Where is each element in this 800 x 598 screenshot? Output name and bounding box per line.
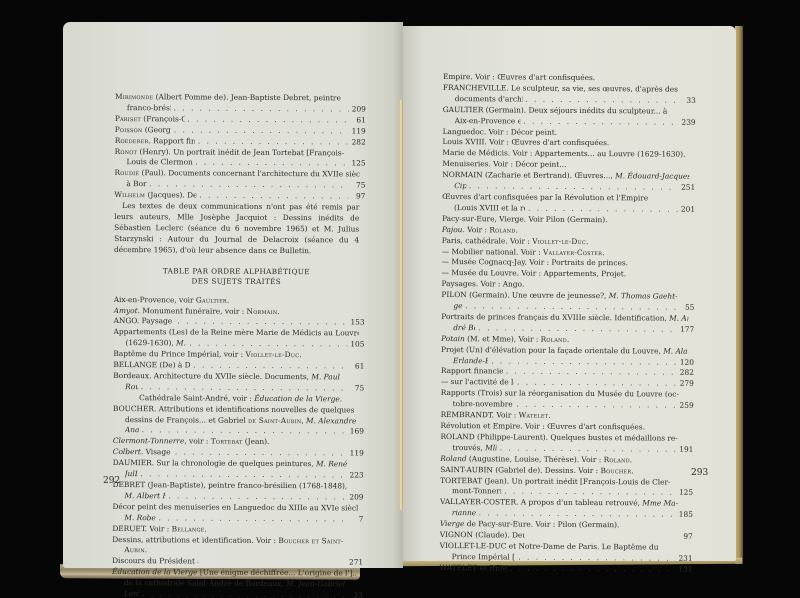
index-entry: ROLAND (Philippe-Laurent). Quelques bust…	[440, 432, 687, 456]
entry-body: franco-brésilien (1768-1848)	[127, 103, 171, 113]
entry-text: Ciprut	[454, 181, 466, 192]
entry-body: Languedoc. Voir : Décor peint.	[443, 127, 558, 137]
entry-body: (Augustine, Louise, Thérèse). Voir :	[467, 454, 604, 464]
entry-text: franco-brésilien (1768-1848)	[127, 103, 171, 114]
entry-tail: .	[548, 411, 550, 420]
entry-body: Louis de Clermont-Tonnerre, évêque de La…	[127, 158, 193, 168]
entry-text: Aix-en-Provence en 1599 et 1600, M. Jean…	[455, 116, 521, 127]
entry-body: Décor peint des menuiseries en Languedoc…	[112, 502, 357, 513]
page-reference: 61	[350, 361, 364, 372]
entry-text: dré Boutemy	[453, 323, 475, 334]
entry-text: Poisson (Georges). Visage de Colbert	[115, 125, 171, 136]
page-reference: 251	[681, 183, 695, 194]
entry-author: M. An-	[669, 314, 688, 323]
page-reference: 33	[682, 95, 696, 106]
entry-body: TORTEBAT (Jean). Un portrait inédit [Fra…	[440, 476, 670, 487]
entry-text: Aix-en-Provence, voir Gaultier.	[114, 295, 230, 307]
index-entry: VALLAYER-COSTER. A propos d'un tableau r…	[440, 497, 687, 521]
entry-body: Rapports (Trois) sur la réorganisation d…	[441, 388, 679, 399]
entry-heading: Roudié	[114, 168, 139, 177]
entry-body: — Musée du Louvre. Voir : Appartements, …	[442, 268, 627, 278]
page-reference: 97	[351, 192, 365, 203]
entry-text: Lemoine	[124, 589, 139, 598]
entry-body: — sur l'activité de la Société, Mlle	[441, 377, 514, 387]
page-reference: 239	[682, 117, 696, 128]
index-entry: Mirimonde (Albert Pomme de). Jean-Baptis…	[115, 92, 360, 115]
entry-author: M. Thomas Gaeht-	[609, 291, 678, 300]
entry-tail: (Jean).	[242, 437, 269, 446]
page-reference: 131	[678, 564, 692, 575]
page-reference: 75	[351, 181, 365, 192]
entry-tail: .	[227, 295, 229, 304]
entry-text: Discours du Président à l'Assemblée géné…	[112, 556, 198, 567]
entry-cross-ref: Viollet-le-Duc	[532, 236, 586, 245]
entry-italic: M. Albert P. de Mirimonde	[125, 491, 166, 501]
entry-italic: rianne Michel	[452, 508, 476, 517]
open-book: Mirimonde (Albert Pomme de). Jean-Baptis…	[0, 0, 800, 598]
index-entry: DAUMIER. Sur la chronologie de quelques …	[113, 458, 358, 481]
index-line: Lemoine23	[112, 589, 357, 598]
entry-text: Potain (M. et Mme), Voir : Roland.	[441, 334, 569, 346]
entry-italic: Lemoine	[124, 589, 139, 598]
entry-text: Paysages. Voir : Ango.	[441, 279, 524, 290]
entry-body: Portraits de princes français du XVIIIe …	[441, 312, 669, 323]
entry-body: BOUCHER. Attributions et identifications…	[113, 404, 354, 414]
entry-body: Baptême du Prince Impérial, voir :	[113, 349, 245, 359]
entry-body: DERUET. Voir :	[112, 524, 171, 533]
entry-body: DAUMIER. Sur la chronologie de quelques …	[113, 458, 316, 468]
entry-body: à Bordeaux	[126, 179, 146, 188]
index-entry: Appartements (Les) de la Reine mère Mari…	[113, 327, 358, 350]
entry-tail: .	[299, 350, 301, 359]
entry-tail: .	[205, 524, 207, 533]
entry-body: .	[145, 546, 147, 555]
entry-body: BELLANGE (De) à DERUET,	[113, 360, 190, 370]
entry-author: Mme Ma-	[642, 499, 678, 508]
entry-text: mont-Tonnerre], M. Henry Ronot	[452, 487, 501, 498]
entry-cross-ref: Tortebat	[211, 437, 243, 446]
author-index-continued: Mirimonde (Albert Pomme de). Jean-Baptis…	[114, 92, 360, 203]
entry-text: Aubin.	[124, 546, 147, 557]
entry-body: . Visage de,	[141, 447, 172, 456]
entry-body: Marie de Médicis. Voir : Appartements...…	[442, 148, 685, 159]
binding-thread	[399, 100, 403, 510]
page-reference: 279	[680, 379, 694, 390]
index-entry: Éducation de la Vierge [Une énigme déchi…	[112, 567, 357, 598]
entry-cross-ref: Roland	[541, 334, 567, 343]
subject-index-left: Aix-en-Provence, voir Gaultier.Amyot. Mo…	[112, 295, 359, 598]
entry-body: Rapport financier...,	[441, 366, 503, 376]
entry-body: VIGNON (Claude). Deux nouvelles peinture…	[440, 530, 525, 540]
entry-body: de la cathédrale Saint-André de Bordeaux…	[124, 578, 286, 588]
index-entry: Décor peint des menuiseries en Languedoc…	[112, 502, 357, 525]
page-reference: 120	[680, 357, 694, 368]
page-reference: 97	[679, 532, 693, 543]
entry-italic: Roudié	[125, 382, 138, 391]
page-reference: 231	[678, 554, 692, 565]
entry-body: Menuiseries. Voir : Décor peint...	[442, 159, 566, 169]
entry-tail: .	[567, 335, 569, 344]
entry-body: Louis XVIII. Voir : Œuvres d'art confisq…	[442, 137, 609, 147]
page-edge-right	[735, 26, 743, 564]
entry-text: Languedoc. Voir : Décor peint.	[443, 127, 558, 139]
index-entry: GAULTIER (Germain). Deux séjours inédits…	[443, 105, 690, 129]
entry-text: REMBRANDT. Voir : Watelet.	[441, 410, 551, 422]
page-reference: 153	[350, 318, 364, 329]
entry-text: trouvés, Mlle Denise Genoux	[452, 443, 496, 454]
entry-tail: .	[586, 237, 588, 246]
entry-heading: Aubin	[124, 546, 145, 555]
entry-text: rianne Michel	[452, 508, 476, 519]
entry-body: SAINT-AUBIN (Gabriel de). Dessins. Voir …	[440, 465, 600, 475]
entry-text: M. Robert Mesuret	[124, 513, 155, 524]
entry-cross-ref: Vallayer-Coster	[543, 247, 602, 256]
entry-tail: .	[277, 306, 279, 315]
entry-author: M. René	[316, 459, 347, 468]
page-reference: 125	[351, 159, 365, 170]
page-reference: 185	[679, 510, 693, 521]
page-reference: 169	[350, 427, 364, 438]
entry-cross-ref: Roland	[489, 225, 515, 234]
entry-body: VIOLLET-LE-DUC et Notre-Dame de Paris. L…	[440, 541, 659, 552]
page-reference: 201	[681, 205, 695, 216]
entry-italic: Pajou	[442, 225, 463, 234]
entry-body: . Voir :	[462, 225, 489, 234]
entry-author: M. Alain	[663, 346, 688, 355]
entry-body: [Une énigme déchiffrée... L'origine de l…	[198, 568, 358, 578]
entry-text: Roederer. Rapport financier sur les résu…	[115, 136, 195, 147]
entry-italic: dré Boutemy	[453, 323, 475, 332]
entry-italic: Clermont-Tonnerre	[113, 436, 185, 445]
entry-text: WATELET et REMBRANDT, M. Jean de Cayeux	[439, 563, 507, 574]
entry-italic: Erlande-Brandenburg	[453, 356, 488, 366]
entry-author: M. Jean-Gabriel	[286, 579, 345, 588]
entry-text: Pajou. Voir : Roland.	[442, 225, 518, 236]
page-reference: 209	[349, 492, 363, 503]
entry-text: ANGO. Paysage d', M. Alexandre Ananoff	[114, 316, 175, 327]
index-entry: BOUCHER. Attributions et identifications…	[113, 404, 358, 438]
index-entry: DEBRET (Jean-Baptiste), peintre franco-b…	[112, 480, 357, 503]
entry-italic: JulLian	[125, 469, 138, 478]
index-entry: Ronot (Henry). Un portrait inédit de Jea…	[115, 147, 360, 170]
note-paragraph: Les textes de deux communications n'ont …	[114, 201, 359, 257]
right-page-text: Empire. Voir : Œuvres d'art confisquées.…	[439, 72, 689, 575]
page-reference: 119	[350, 449, 364, 460]
index-entry: TORTEBAT (Jean). Un portrait inédit [Fra…	[440, 476, 687, 500]
entry-body: Empire. Voir : Œuvres d'art confisquées.	[443, 72, 595, 82]
entry-cross-ref: Bellange	[172, 524, 205, 533]
entry-body: Œuvres d'art confisquées par la Révoluti…	[442, 192, 648, 202]
entry-body: ROLAND (Philippe-Laurent). Quelques bust…	[440, 432, 677, 443]
entry-body: Appartements (Les) de la Reine mère Mari…	[114, 327, 359, 338]
page-reference: 55	[680, 303, 694, 314]
entry-heading: Roederer	[115, 136, 149, 145]
entry-body: (Paul). Documents concernant l'architect…	[139, 168, 359, 178]
entry-body: (Georges). Visage de Colbert	[142, 125, 171, 135]
index-entry: FRANCHEVILLE. Le sculpteur, sa vie, ses …	[443, 83, 690, 107]
entry-body: GAULTIER (Germain). Deux séjours inédits…	[443, 105, 668, 116]
entry-tail: .	[630, 455, 632, 464]
page-reference: 125	[679, 488, 693, 499]
entry-text: documents d'archives, M. Robert de Franc…	[455, 94, 523, 105]
entry-author: M. Alain Erlande-Brandenburg	[176, 339, 186, 349]
index-line: Wilhelm (Jacques). Deux nouvelles peintu…	[114, 190, 359, 202]
entry-author: Mlle Denise Genoux	[485, 443, 497, 453]
leader-dots	[510, 563, 675, 575]
entry-heading: Pariset	[115, 114, 141, 123]
entry-text: Prince Impérial [1856], M. Pierre-Marie …	[452, 552, 516, 563]
entry-heading: Poisson	[115, 125, 143, 134]
entry-body: DEBRET (Jean-Baptiste), peintre franco-b…	[113, 480, 348, 490]
index-entry: Œuvres d'art confisquées par la Révoluti…	[442, 192, 689, 216]
entry-text: Wilhelm (Jacques). Deux nouvelles peintu…	[114, 190, 196, 201]
entry-text: (1629-1630), M. Alain Erlande-Brandenbur…	[125, 338, 186, 349]
index-line: VALLAYER-COSTER. A propos d'un tableau r…	[440, 497, 687, 510]
page-reference: 177	[680, 325, 694, 336]
page-reference: 119	[352, 126, 366, 137]
page-number-right: 293	[691, 468, 708, 478]
entry-cross-ref: de Saint-Aubin	[248, 415, 301, 424]
entry-text: Colbert. Visage de, M. Georges Poisson	[113, 447, 172, 458]
entry-italic: Roland	[440, 454, 466, 463]
entry-body: (François-Georges). De Bellange à Deruet	[141, 114, 185, 124]
entry-body: (M. et Mme), Voir :	[465, 334, 541, 344]
page-reference: 259	[680, 401, 694, 412]
entry-tail: .	[631, 466, 633, 475]
page-reference: 75	[350, 383, 364, 394]
entry-body: Paris, cathédrale. Voir :	[442, 236, 532, 246]
entry-cross-ref: Watelet	[519, 411, 549, 420]
entry-body: Bordeaux. Architecture du XVIIe siècle. …	[113, 371, 311, 381]
entry-body: . Monument funéraire, voir :	[138, 306, 247, 316]
index-entry: Roudié (Paul). Documents concernant l'ar…	[114, 168, 359, 191]
entry-body: tobre-novembre 1815),	[453, 399, 514, 409]
entry-body: Dessins, attributions et identification.…	[112, 535, 278, 545]
entry-tail: .	[516, 225, 518, 234]
index-entry: Portraits de princes français du XVIIIe …	[441, 312, 688, 336]
entry-body: mont-Tonnerre],	[452, 487, 501, 496]
entry-text: BELLANGE (De) à DERUET, M. François-Geor…	[113, 360, 190, 371]
entry-body: NORMAIN (Zacharie et Bertrand). Œuvres..…	[442, 170, 615, 180]
entry-body: (Louis XVIII et la restitution d'...),	[454, 203, 525, 213]
entry-heading: Mirimonde	[115, 92, 153, 101]
page-reference: 7	[349, 514, 363, 525]
entry-cross-ref: Boucher	[600, 466, 631, 475]
entry-body: REMBRANDT. Voir :	[441, 410, 519, 420]
entry-text: M. Albert P. de Mirimonde	[124, 491, 165, 502]
entry-body: (Henry). Un portrait inédit de Jean Tort…	[137, 147, 344, 157]
page-number-left: 292	[103, 476, 120, 486]
subject-index-right: Empire. Voir : Œuvres d'art confisquées.…	[439, 72, 689, 575]
entry-body: WATELET et REMBRANDT,	[440, 563, 508, 573]
index-entry: Rapports (Trois) sur la réorganisation d…	[441, 388, 688, 412]
leader-dots	[142, 589, 346, 598]
entry-body: trouvés,	[452, 443, 485, 452]
page-reference: 223	[350, 471, 364, 482]
entry-body: PILON (Germain). Une œuvre de jeunesse?,	[441, 290, 608, 300]
index-line: WATELET et REMBRANDT, M. Jean de Cayeux1…	[439, 563, 686, 576]
index-entry: WATELET et REMBRANDT, M. Jean de Cayeux1…	[439, 563, 686, 576]
entry-body: Paysages. Voir : Ango.	[441, 279, 524, 289]
entry-body: de Pacy-sur-Eure. Voir : Pilon (Germain)…	[464, 519, 619, 529]
entry-text: Pariset (François-Georges). De Bellange …	[115, 114, 185, 125]
entry-text: VIGNON (Claude). Deux nouvelles peinture…	[440, 530, 525, 541]
entry-body: . Rapport financier sur les résultats de…	[148, 136, 195, 146]
entry-italic: gens	[453, 301, 462, 310]
entry-text: (Louis XVIII et la restitution d'...), M…	[454, 203, 525, 214]
entry-body: Discours du Président à l'Assemblée géné…	[112, 556, 198, 566]
entry-body: Aix-en-Provence en 1599 et 1600,	[455, 116, 521, 126]
page-reference: 23	[349, 591, 363, 598]
page-reference: 105	[350, 340, 364, 351]
entry-body: Projet (Un) d'élévation pour la façade o…	[441, 345, 663, 356]
entry-body: VALLAYER-COSTER. A propos d'un tableau r…	[440, 497, 642, 507]
leader-dots	[199, 191, 348, 203]
entry-cross-ref: Roland	[604, 455, 630, 464]
entry-italic: Colbert	[113, 447, 141, 456]
page-reference: 209	[352, 104, 366, 115]
entry-italic: M. Robert Mesuret	[124, 513, 155, 522]
entry-italic: Amyot	[114, 305, 138, 314]
left-page-text: Mirimonde (Albert Pomme de). Jean-Baptis…	[112, 92, 360, 598]
entry-author: M. Paul	[311, 372, 339, 381]
entry-italic: Éducation de la Vierge	[112, 567, 198, 577]
entry-body: documents d'archives,	[455, 94, 523, 104]
entry-heading: Wilhelm	[114, 190, 145, 199]
entry-author: M. Édouard-Jacques	[615, 171, 689, 181]
entry-cross-ref: Viollet-le-Duc	[245, 350, 299, 359]
index-entry: VIOLLET-LE-DUC et Notre-Dame de Paris. L…	[440, 541, 687, 565]
entry-body: dessins de François... et Gabriel	[125, 415, 248, 425]
entry-heading: Ronot	[115, 147, 138, 156]
heading-line-2: DES SUJETS TRAITÉS	[114, 276, 359, 287]
entry-cross-ref: Normain	[247, 306, 278, 315]
entry-author: Éducation de la Vierge	[254, 394, 340, 404]
entry-text: Rapport financier..., M. Jacques Roedere…	[441, 366, 503, 377]
entry-cross-ref: Boucher et Saint-	[278, 536, 343, 545]
index-entry: Wilhelm (Jacques). Deux nouvelles peintu…	[114, 190, 359, 202]
index-entry: Dessins, attributions et identification.…	[112, 535, 357, 558]
entry-author: M. Alexandre	[306, 416, 356, 425]
entry-body: FRANCHEVILLE. Le sculpteur, sa vie, ses …	[443, 83, 678, 94]
entry-body: — Musée Cognacq-Jay. Voir : Portraits de…	[442, 257, 628, 267]
entry-text: Erlande-Brandenburg	[453, 356, 488, 367]
leader-dots	[198, 136, 349, 148]
page-reference: 191	[679, 444, 693, 455]
index-entry: Projet (Un) d'élévation pour la façade o…	[441, 345, 688, 369]
entry-body: Aix-en-Provence, voir	[114, 295, 196, 305]
entry-body: — Mobilier national. Voir :	[442, 246, 543, 256]
entry-text: tobre-novembre 1815), M. Ferdinand Boyer	[453, 399, 514, 410]
entry-body: (Albert Pomme de). Jean-Baptiste Debret,…	[153, 92, 341, 102]
index-line: Dessins, attributions et identification.…	[112, 535, 357, 547]
entry-tail: .	[602, 248, 604, 257]
entry-body: Prince Impérial [1856],	[452, 552, 516, 562]
entry-text: Louis de Clermont-Tonnerre, évêque de La…	[127, 158, 193, 169]
entry-body: ANGO. Paysage d',	[114, 316, 175, 325]
entry-text: Menuiseries. Voir : Décor peint...	[442, 159, 566, 171]
entry-text: à Bordeaux	[126, 179, 146, 190]
entry-cross-ref: Gaultier	[196, 295, 227, 304]
entry-text: JulLian	[125, 469, 138, 480]
page-reference: 61	[352, 115, 366, 126]
entry-body: Cathédrale Saint-André, voir :	[139, 393, 254, 403]
section-heading: TABLE PAR ORDRE ALPHABÉTIQUE DES SUJETS …	[114, 266, 359, 287]
entry-text: gens	[453, 301, 462, 312]
entry-text: Roudié	[125, 382, 138, 393]
entry-italic: Vierge	[440, 519, 465, 528]
entry-body: (1629-1630),	[125, 338, 176, 347]
entry-italic: Potain	[441, 334, 465, 343]
entry-italic: Ananoff	[125, 426, 139, 435]
entry-body: , voir :	[184, 437, 210, 446]
page-reference: 271	[349, 558, 363, 569]
entry-body: (Jacques). Deux nouvelles peintures de C…	[145, 190, 196, 200]
index-entry: PILON (Germain). Une œuvre de jeunesse?,…	[441, 290, 688, 314]
page-reference: 282	[352, 137, 366, 148]
entry-body: Pacy-sur-Eure, Vierge. Voir Pilon (Germa…	[442, 214, 608, 224]
index-entry: Bordeaux. Architecture du XVIIe siècle. …	[113, 371, 358, 405]
entry-text: — sur l'activité de la Société, Mlle Suz…	[441, 377, 514, 388]
entry-body: Révolution et Empire. Voir : Œuvres d'ar…	[441, 421, 645, 431]
entry-text: Ananoff	[125, 426, 139, 437]
entry-tail: .	[340, 394, 342, 403]
index-entry: NORMAIN (Zacharie et Bertrand). Œuvres..…	[442, 170, 689, 194]
entry-italic: Ciprut	[454, 181, 466, 190]
page-reference: 282	[680, 368, 694, 379]
entry-text: DERUET. Voir : Bellange.	[112, 524, 207, 535]
